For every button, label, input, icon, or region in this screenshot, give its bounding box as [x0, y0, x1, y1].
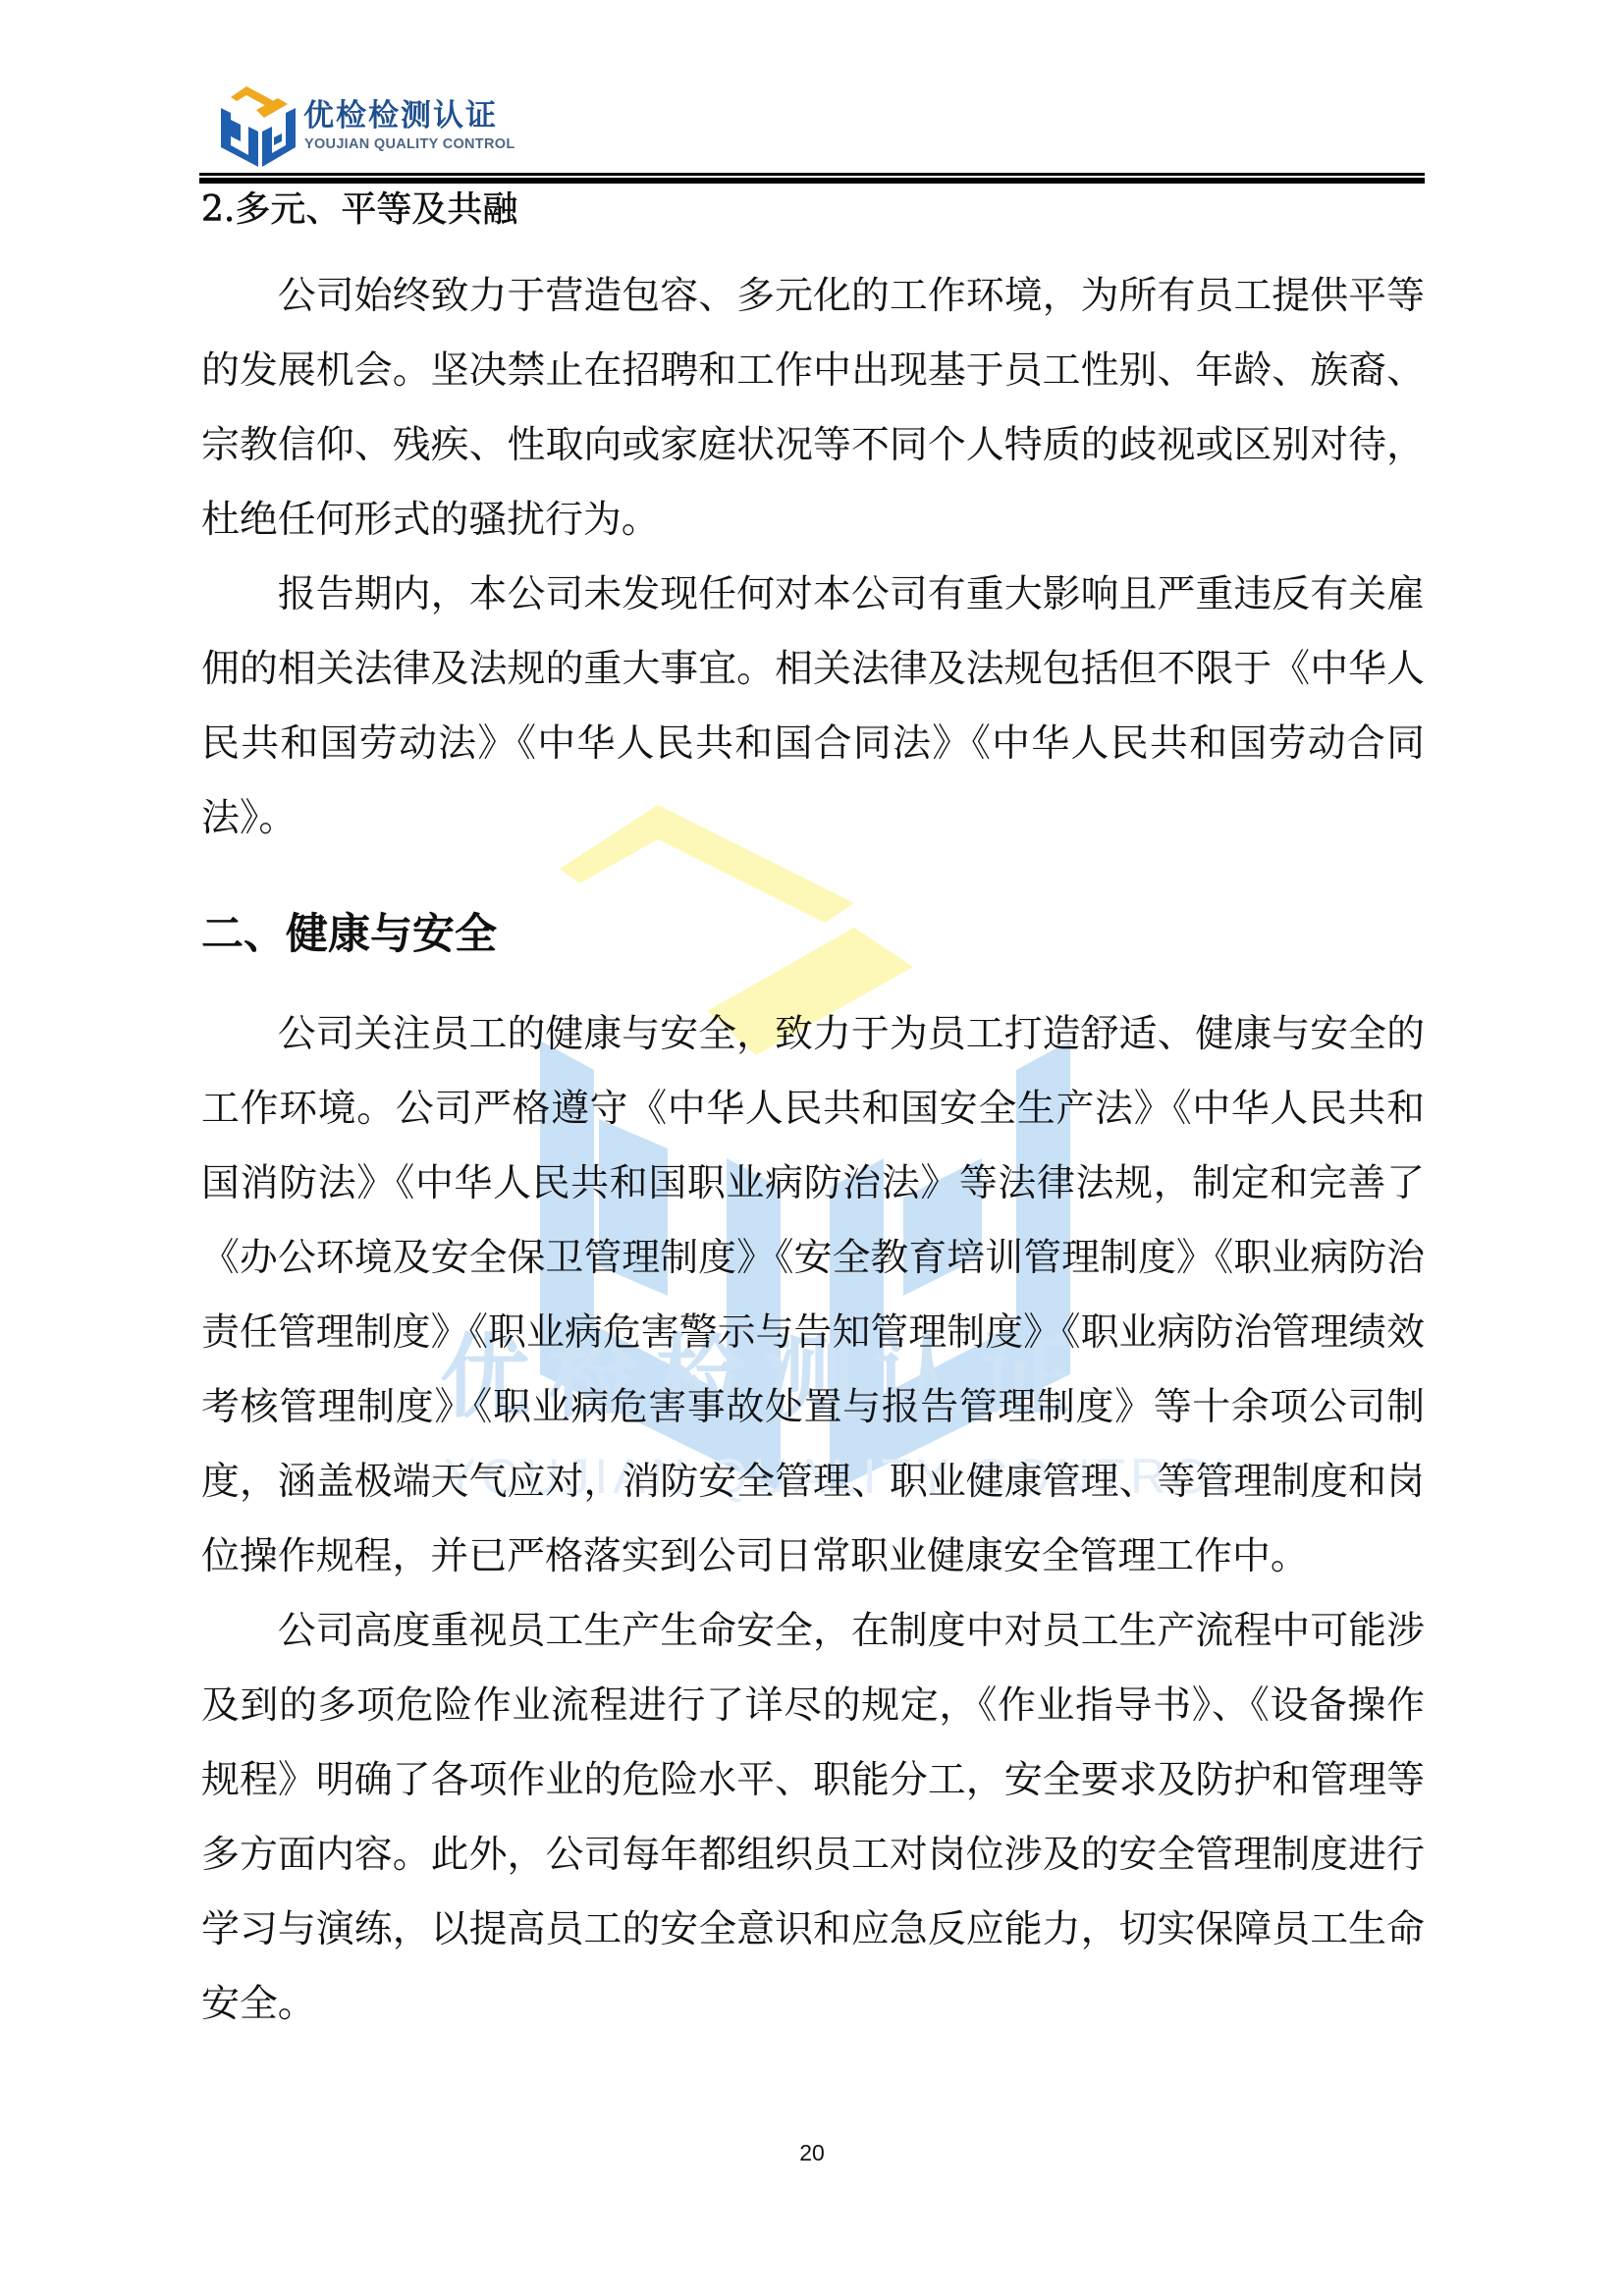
header-rule-thin [199, 173, 1425, 176]
document-body: 2.多元、平等及共融 公司始终致力于营造包容、多元化的工作环境，为所有员工提供平… [201, 183, 1425, 2042]
paragraph-diversity-2: 报告期内，本公司未发现任何对本公司有重大影响且严重违反有关雇佣的相关法律及法规的… [201, 558, 1425, 856]
company-name-en: YOUJIAN QUALITY CONTROL [304, 136, 514, 152]
company-logo-icon [217, 80, 299, 167]
page-number: 20 [0, 2140, 1624, 2166]
section-heading-health-safety: 二、健康与安全 [201, 905, 1425, 964]
paragraph-health-safety-2: 公司高度重视员工生产生命安全，在制度中对员工生产流程中可能涉及到的多项危险作业流… [201, 1594, 1425, 2042]
subsection-heading-diversity: 2.多元、平等及共融 [201, 183, 1425, 238]
company-name-cn: 优检检测认证 [303, 90, 498, 134]
paragraph-health-safety-1: 公司关注员工的健康与安全，致力于为员工打造舒适、健康与安全的工作环境。公司严格遵… [201, 997, 1425, 1594]
paragraph-diversity-1: 公司始终致力于营造包容、多元化的工作环境，为所有员工提供平等的发展机会。坚决禁止… [201, 259, 1425, 558]
page-header: 优检检测认证 YOUJIAN QUALITY CONTROL [199, 69, 1425, 187]
